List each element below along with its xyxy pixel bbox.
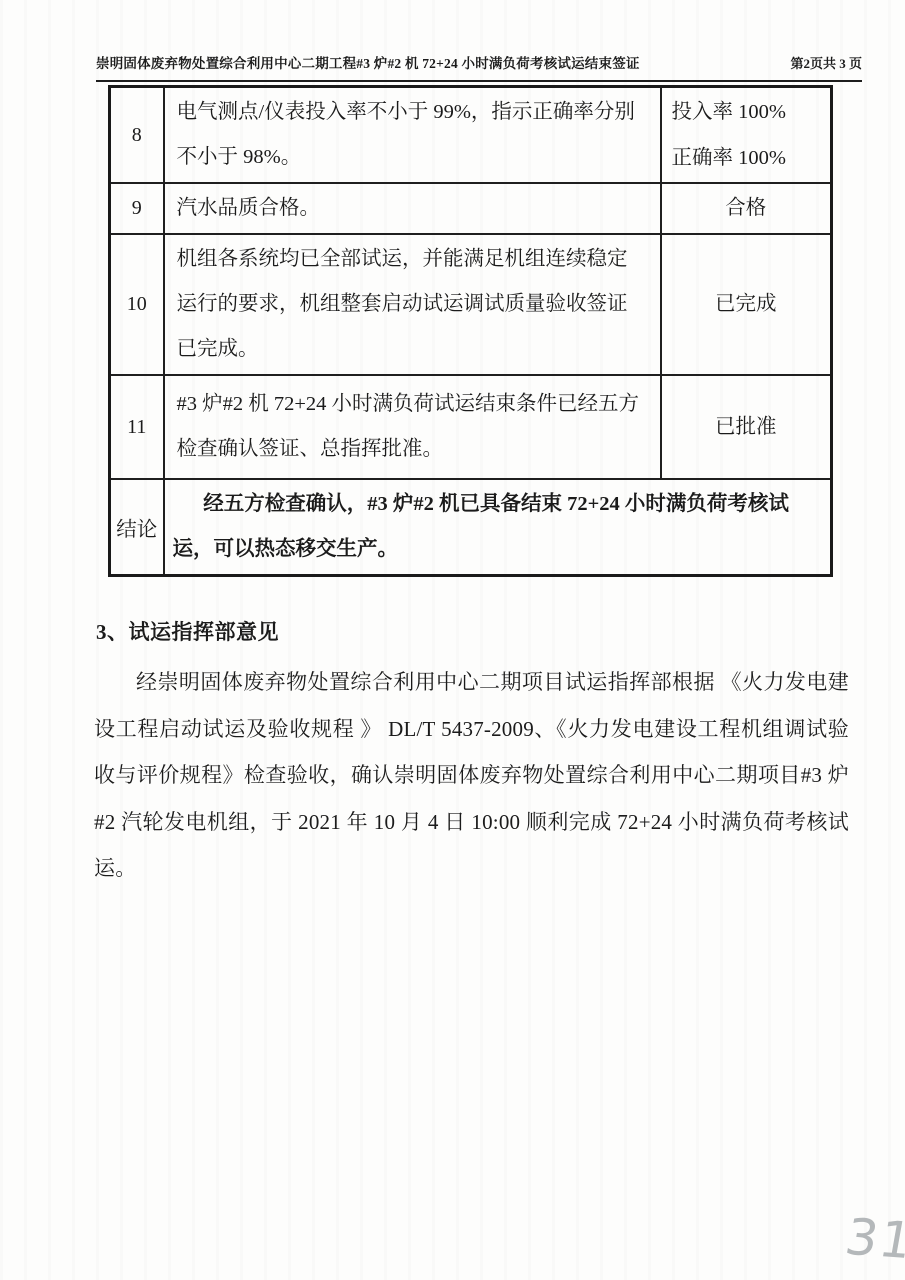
table-row-10: 10 机组各系统均已全部试运，并能满足机组连续稳定运行的要求，机组整套启动试运调…: [110, 234, 832, 375]
section-heading: 3、试运指挥部意见: [96, 616, 279, 646]
page-indicator: 第2页共 3 页: [790, 53, 862, 72]
document-title: 崇明固体废弃物处置综合利用中心二期工程#3 炉#2 机 72+24 小时满负荷考…: [96, 52, 640, 72]
scanned-document-page: 崇明固体废弃物处置综合利用中心二期工程#3 炉#2 机 72+24 小时满负荷考…: [0, 0, 905, 1280]
row-content-cell: 汽水品质合格。: [164, 183, 661, 234]
row-number-cell: 10: [110, 234, 164, 375]
row-result-cell: 投入率 100% 正确率 100%: [661, 87, 832, 184]
row-content-cell: 机组各系统均已全部试运，并能满足机组连续稳定运行的要求，机组整套启动试运调试质量…: [164, 234, 661, 375]
conclusion-label-cell: 结论: [110, 479, 164, 576]
result-line: 正确率 100%: [672, 135, 831, 181]
result-line: 投入率 100%: [672, 89, 831, 135]
row-number-cell: 11: [110, 375, 164, 479]
commander-opinion-paragraph: 经崇明固体废弃物处置综合利用中心二期项目试运指挥部根据 《火力发电建设工程启动试…: [94, 659, 849, 892]
handwritten-page-number: 31: [841, 1208, 905, 1270]
row-result-cell: 合格: [661, 183, 832, 234]
row-content-cell: #3 炉#2 机 72+24 小时满负荷试运结束条件已经五方检查确认签证、总指挥…: [164, 375, 661, 479]
conclusion-text-cell: 经五方检查确认，#3 炉#2 机已具备结束 72+24 小时满负荷考核试运，可以…: [164, 479, 832, 576]
row-result-cell: 已批准: [661, 375, 832, 479]
table-row-11: 11 #3 炉#2 机 72+24 小时满负荷试运结束条件已经五方检查确认签证、…: [110, 375, 832, 479]
table-row-8: 8 电气测点/仪表投入率不小于 99%，指示正确率分别不小于 98%。 投入率 …: [110, 87, 832, 184]
row-number-cell: 8: [110, 87, 164, 184]
row-content-cell: 电气测点/仪表投入率不小于 99%，指示正确率分别不小于 98%。: [164, 87, 661, 184]
conclusion-row: 结论 经五方检查确认，#3 炉#2 机已具备结束 72+24 小时满负荷考核试运…: [110, 479, 832, 576]
row-number-cell: 9: [110, 183, 164, 234]
document-header: 崇明固体废弃物处置综合利用中心二期工程#3 炉#2 机 72+24 小时满负荷考…: [96, 52, 862, 82]
signoff-table: 8 电气测点/仪表投入率不小于 99%，指示正确率分别不小于 98%。 投入率 …: [108, 85, 833, 577]
row-result-cell: 已完成: [661, 234, 832, 375]
table-row-9: 9 汽水品质合格。 合格: [110, 183, 832, 234]
